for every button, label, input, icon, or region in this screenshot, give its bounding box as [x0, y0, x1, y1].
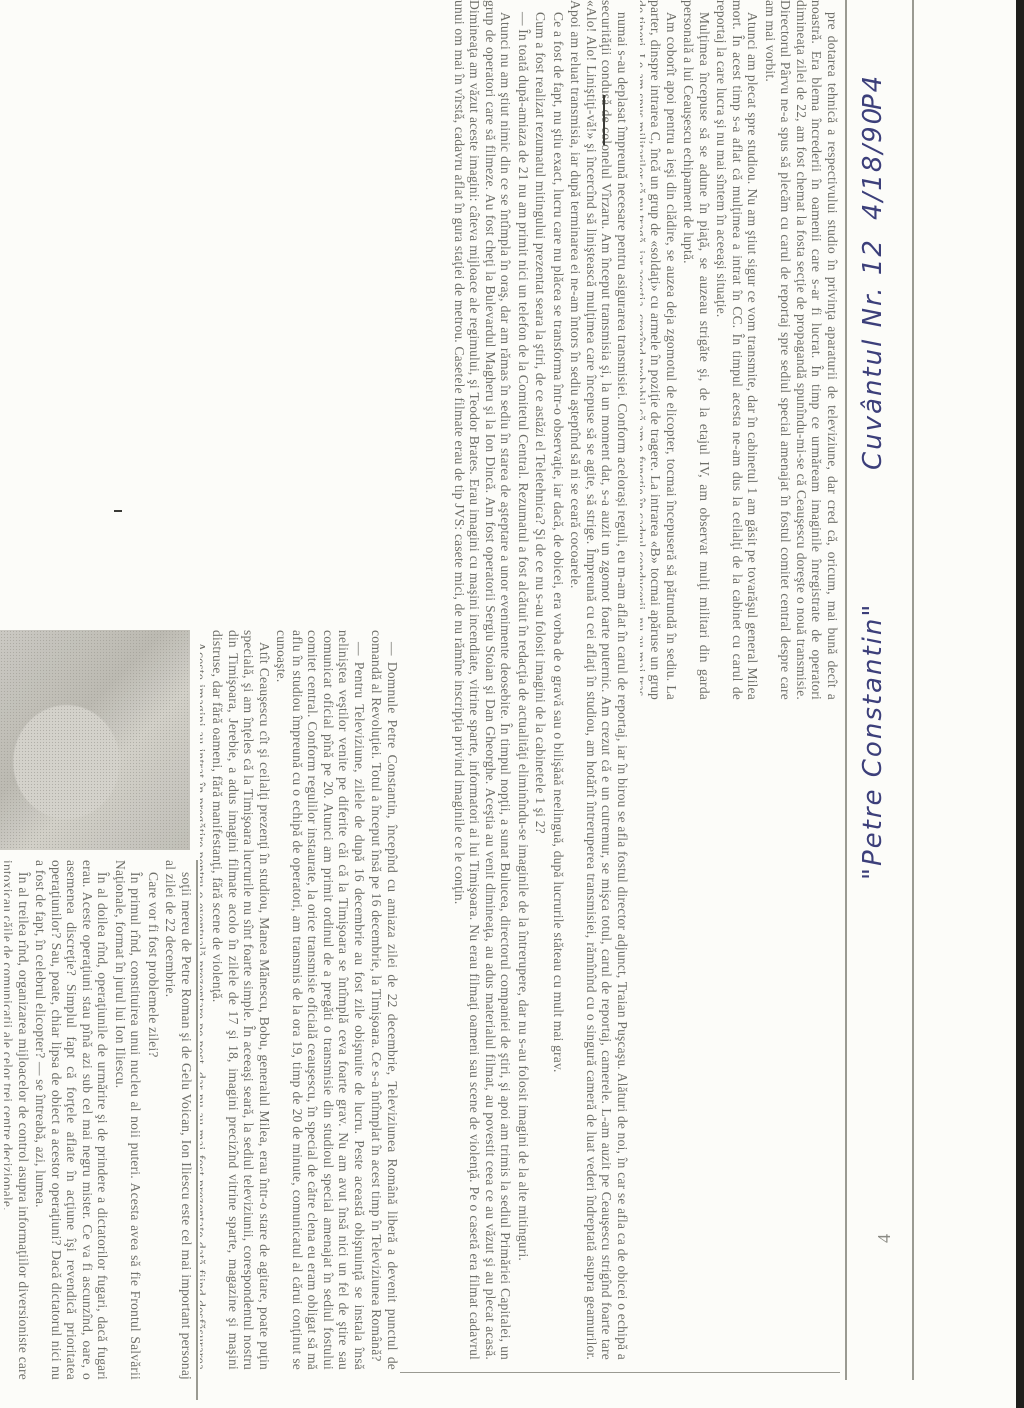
handwritten-subject: "Petre Constantin"	[858, 603, 888, 880]
paragraph: — Pentru Televiziune, zilele de după 16 …	[274, 630, 367, 1370]
paragraph: În primul rînd, constituirea unui nucleu…	[113, 860, 144, 1380]
handwritten-page: P4	[858, 74, 888, 110]
paragraph: În al treilea rînd, organizarea mijloace…	[4, 860, 31, 1380]
article-photo	[0, 630, 190, 850]
pencil-bracket-mark	[114, 510, 122, 512]
paragraph: soţii mereu de Petre Roman şi de Gelu Vo…	[163, 860, 194, 1380]
paragraph: numai s-au deplasat împreună necesare pe…	[568, 0, 630, 1360]
paragraph: Aceste imagini au intrat în pregătire pe…	[200, 630, 208, 1370]
column-rule	[196, 860, 198, 1400]
interview-question: Cum a fost realizat rezumatul mitingului…	[533, 0, 549, 1360]
paragraph: — În toată după-amiaza de 21 nu am primi…	[516, 0, 532, 1360]
interview-question: — Domnule Petre Constantin, începînd cu …	[369, 630, 400, 1370]
scanned-page: soţii mereu de Petre Roman şi de Gelu Vo…	[0, 0, 1016, 1408]
paragraph: Atunci am plecat spre studiou. Nu am şti…	[714, 0, 761, 700]
paragraph: pre dotarea tehnică a respectivului stud…	[763, 0, 841, 700]
section-rule	[400, 1372, 840, 1373]
paragraph: Care vor fi fost problemele zilei?	[146, 860, 162, 1380]
column-rule	[845, 0, 847, 1380]
paragraph: Mulţimea începuse să se adune în piaţă, …	[681, 0, 712, 700]
paragraph: Ce a fost de fapt, nu ştiu exact, lucru …	[551, 0, 567, 1360]
scanner-edge	[1016, 0, 1024, 1408]
paragraph: Atunci nu am ştiut nimic din ce se întîm…	[452, 0, 514, 1360]
page-number: 4	[874, 1234, 895, 1243]
handwritten-publication: Cuvântul Nr. 12	[858, 238, 888, 470]
pencil-underline-mark	[603, 95, 605, 145]
paragraph: Atît Ceauşescu cît şi ceilalţi prezenţi …	[210, 630, 272, 1370]
article-column-2: — Domnule Petre Constantin, începînd cu …	[200, 630, 400, 1370]
article-column-4: pre dotarea tehnică a respectivului stud…	[640, 0, 840, 700]
article-column-3: numai s-au deplasat împreună necesare pe…	[400, 0, 630, 1360]
handwritten-date: 4/18/90	[858, 106, 888, 220]
column-rule	[912, 0, 914, 1380]
paragraph: Am coborît apoi pentru a ieşi din clădir…	[640, 0, 679, 700]
article-column-1: soţii mereu de Petre Roman şi de Gelu Vo…	[4, 860, 194, 1380]
paragraph: În al doilea rînd, operaţiunile de urmăr…	[33, 860, 111, 1380]
